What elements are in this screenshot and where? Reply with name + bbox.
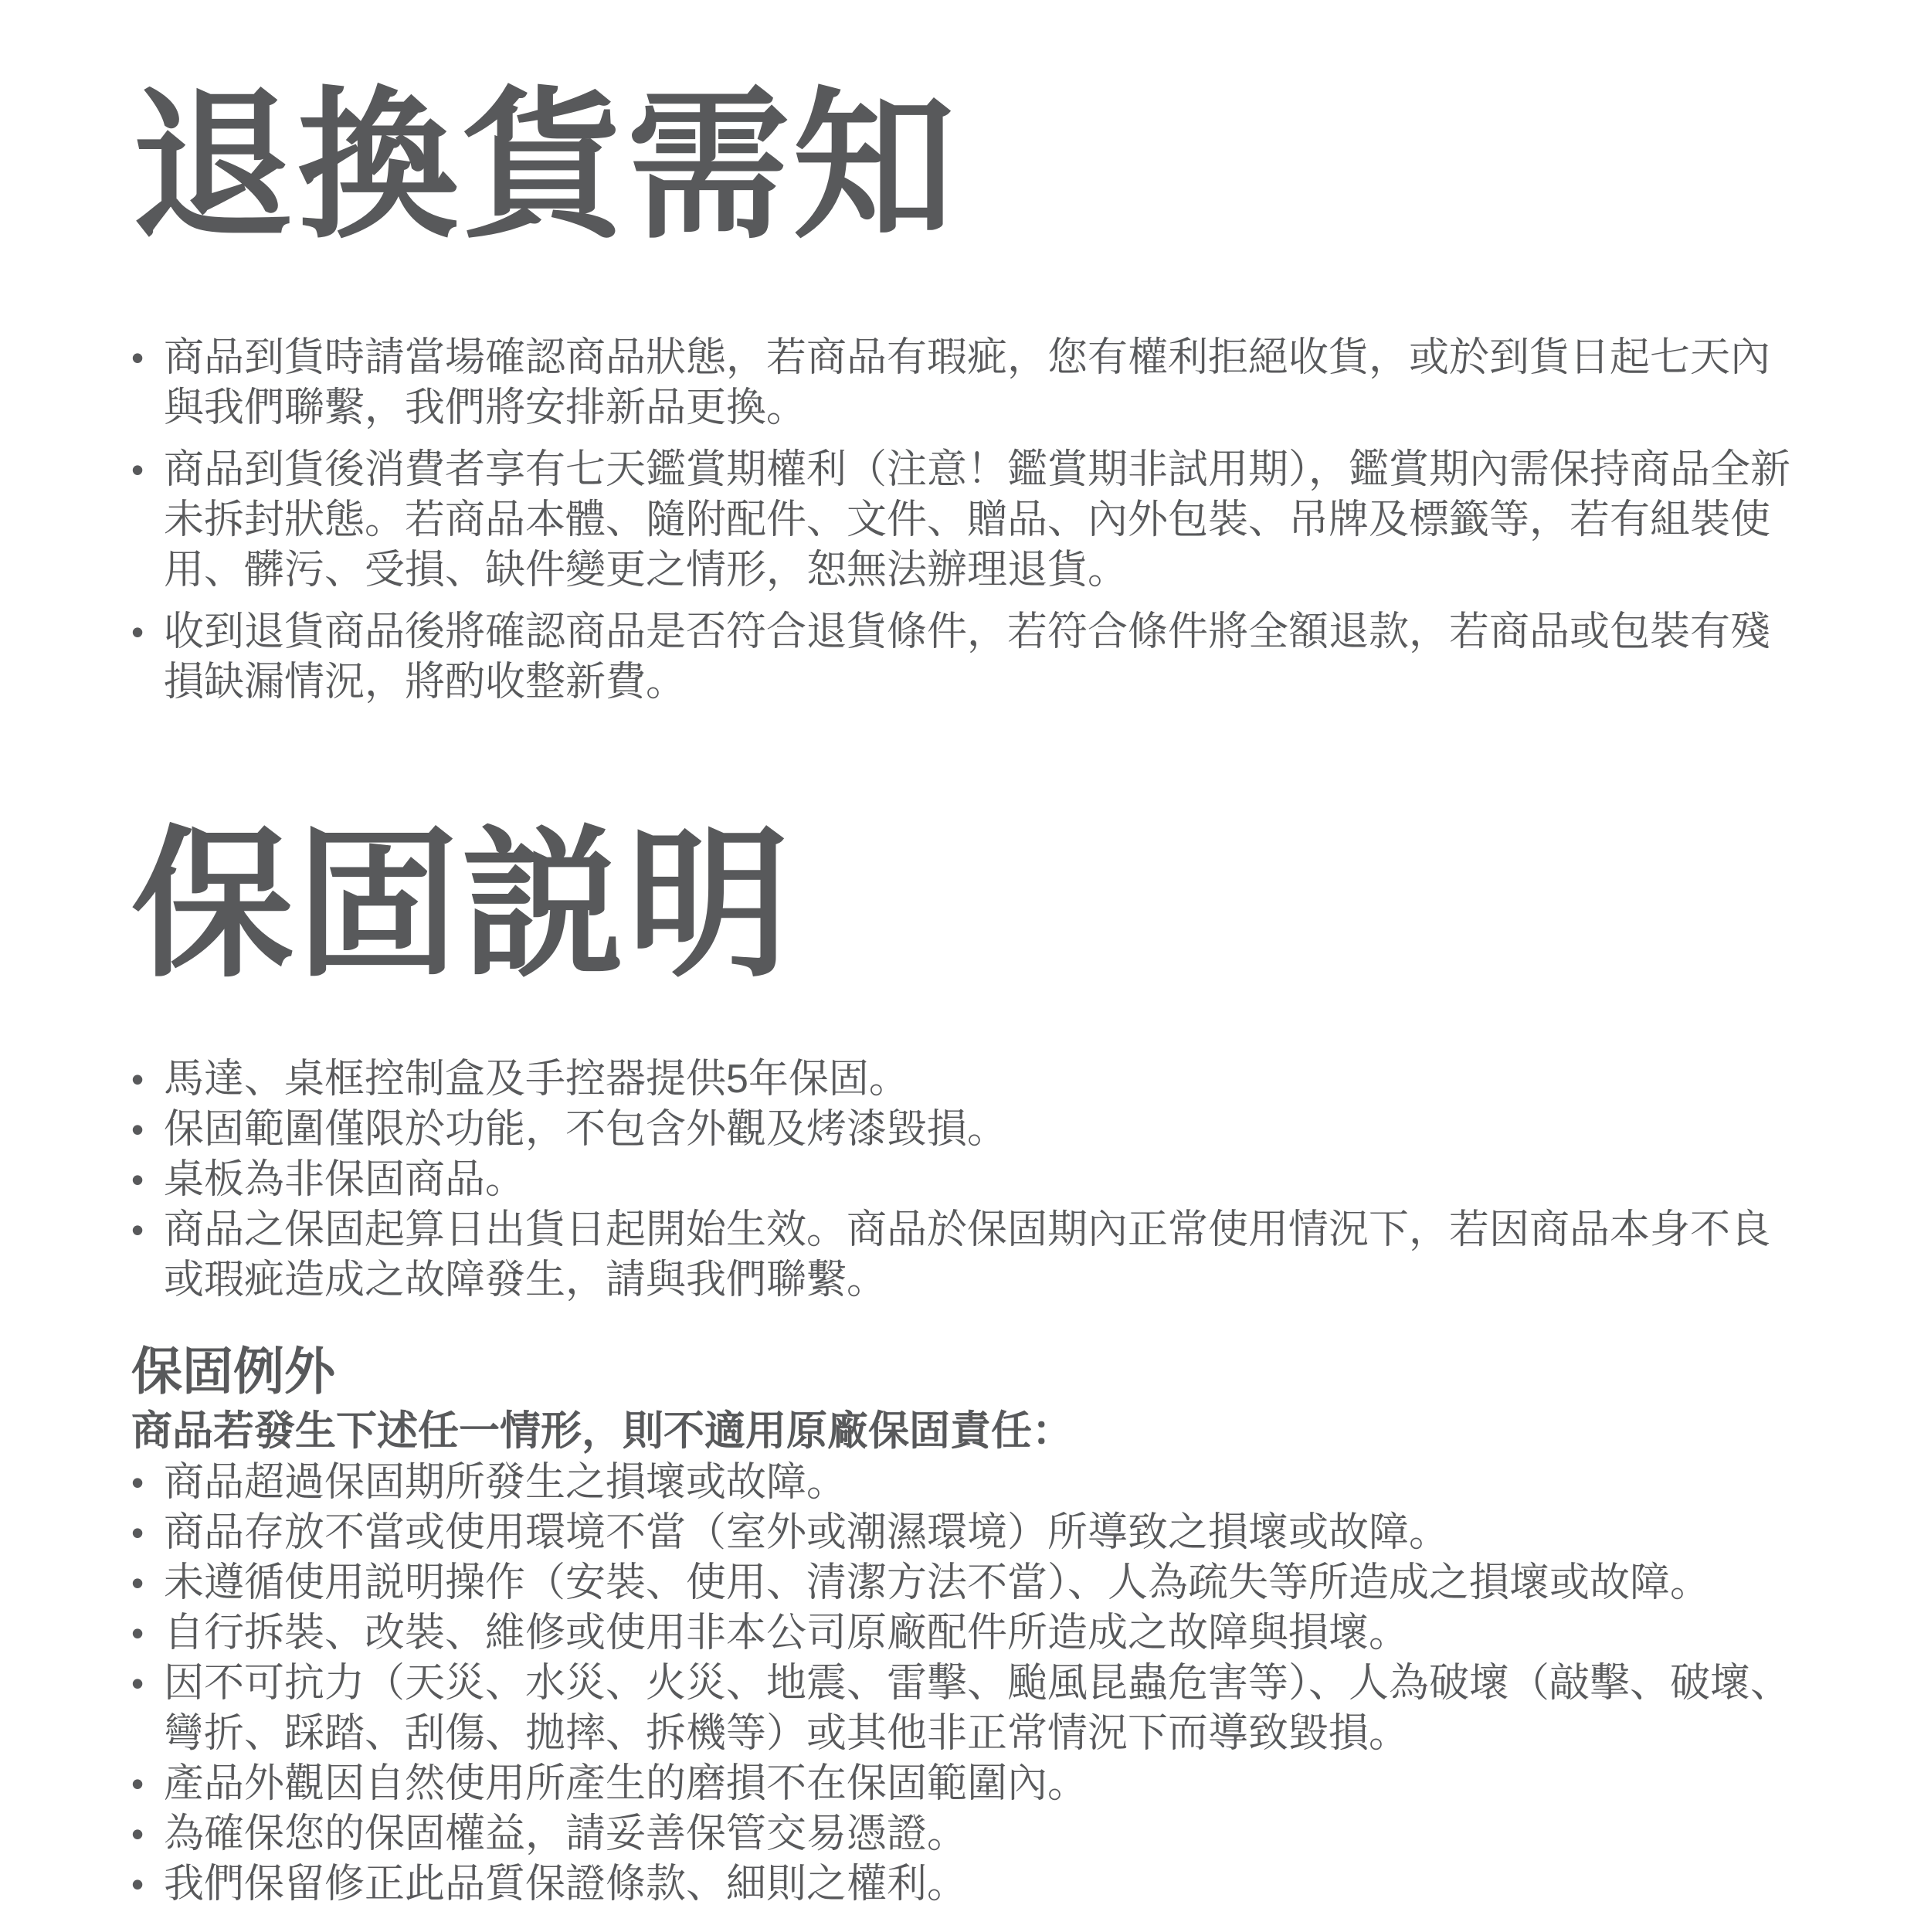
list-item: • 保固範圍僅限於功能，不包含外觀及烤漆毀損。: [131, 1105, 1807, 1155]
list-item-text: 自行拆裝、改裝、維修或使用非本公司原廠配件所造成之故障與損壞。: [164, 1611, 1409, 1655]
list-item: • 商品到貨時請當場確認商品狀態，若商品有瑕疵，您有權利拒絕收貨，或於到貨日起七…: [131, 333, 1807, 433]
bullet-icon: •: [131, 1054, 144, 1105]
list-item-text: 保固範圍僅限於功能，不包含外觀及烤漆毀損。: [164, 1107, 1007, 1152]
list-item-text: 為確保您的保固權益，請妥善保管交易憑證。: [164, 1811, 967, 1856]
bullet-icon: •: [131, 1859, 144, 1910]
return-policy-list: • 商品到貨時請當場確認商品狀態，若商品有瑕疵，您有權利拒絕收貨，或於到貨日起七…: [131, 333, 1807, 708]
list-item-text: 未遵循使用説明操作（安裝、使用、清潔方法不當）、人為疏失等所造成之損壞或故障。: [164, 1560, 1710, 1605]
policy-document: 退換貨需知 • 商品到貨時請當場確認商品狀態，若商品有瑕疵，您有權利拒絕收貨，或…: [0, 0, 1931, 1910]
list-item-text: 商品到貨時請當場確認商品狀態，若商品有瑕疵，您有權利拒絕收貨，或於到貨日起七天內…: [164, 335, 1770, 430]
list-item: • 因不可抗力（天災、水災、火災、地震、雷擊、颱風昆蟲危害等）、人為破壞（敲擊、…: [131, 1659, 1807, 1759]
bullet-icon: •: [131, 1608, 144, 1659]
warranty-exceptions-list: • 商品超過保固期所發生之損壞或故障。 • 商品存放不當或使用環境不當（室外或潮…: [131, 1458, 1807, 1910]
bullet-icon: •: [131, 1659, 144, 1709]
list-item: • 商品到貨後消費者享有七天鑑賞期權利（注意！鑑賞期非試用期），鑑賞期內需保持商…: [131, 445, 1807, 596]
bullet-icon: •: [131, 1809, 144, 1859]
warranty-exceptions-section: 保固例外 商品若發生下述任一情形，則不適用原廠保固責任： • 商品超過保固期所發…: [131, 1343, 1807, 1910]
warranty-list: • 馬達、桌框控制盒及手控器提供5年保固。 • 保固範圍僅限於功能，不包含外觀及…: [131, 1054, 1807, 1306]
list-item: • 桌板為非保固商品。: [131, 1155, 1807, 1205]
bullet-icon: •: [131, 1458, 144, 1508]
list-item-text: 商品超過保固期所發生之損壞或故障。: [164, 1460, 847, 1505]
return-policy-title: 退換貨需知: [131, 77, 1807, 256]
warranty-exceptions-heading: 保固例外: [131, 1343, 1807, 1401]
list-item: • 為確保您的保固權益，請妥善保管交易憑證。: [131, 1809, 1807, 1859]
warranty-exceptions-intro: 商品若發生下述任一情形，則不適用原廠保固責任：: [131, 1406, 1807, 1456]
list-item: • 商品之保固起算日出貨日起開始生效。商品於保固期內正常使用情況下，若因商品本身…: [131, 1205, 1807, 1306]
list-item-text: 桌板為非保固商品。: [164, 1157, 525, 1202]
bullet-icon: •: [131, 1508, 144, 1558]
bullet-icon: •: [131, 1105, 144, 1155]
list-item-text: 我們保留修正此品質保證條款、細則之權利。: [164, 1862, 967, 1907]
warranty-title: 保固説明: [131, 816, 1807, 994]
list-item: • 產品外觀因自然使用所產生的磨損不在保固範圍內。: [131, 1759, 1807, 1809]
list-item: • 我們保留修正此品質保證條款、細則之權利。: [131, 1859, 1807, 1910]
bullet-icon: •: [131, 1558, 144, 1608]
bullet-icon: •: [131, 1759, 144, 1809]
list-item-text: 因不可抗力（天災、水災、火災、地震、雷擊、颱風昆蟲危害等）、人為破壞（敲擊、破壞…: [164, 1661, 1790, 1756]
list-item-text: 馬達、桌框控制盒及手控器提供5年保固。: [164, 1057, 909, 1102]
bullet-icon: •: [131, 445, 144, 495]
bullet-icon: •: [131, 333, 144, 383]
bullet-icon: •: [131, 1205, 144, 1255]
list-item-text: 產品外觀因自然使用所產生的磨損不在保固範圍內。: [164, 1761, 1088, 1806]
list-item: • 商品存放不當或使用環境不當（室外或潮濕環境）所導致之損壞或故障。: [131, 1508, 1807, 1558]
bullet-icon: •: [131, 1155, 144, 1205]
list-item: • 商品超過保固期所發生之損壞或故障。: [131, 1458, 1807, 1508]
list-item: • 收到退貨商品後將確認商品是否符合退貨條件，若符合條件將全額退款，若商品或包裝…: [131, 607, 1807, 708]
list-item: • 未遵循使用説明操作（安裝、使用、清潔方法不當）、人為疏失等所造成之損壞或故障…: [131, 1558, 1807, 1608]
list-item-text: 收到退貨商品後將確認商品是否符合退貨條件，若符合條件將全額退款，若商品或包裝有殘…: [164, 609, 1770, 705]
list-item-text: 商品到貨後消費者享有七天鑑賞期權利（注意！鑑賞期非試用期），鑑賞期內需保持商品全…: [164, 447, 1790, 593]
list-item-text: 商品之保固起算日出貨日起開始生效。商品於保固期內正常使用情況下，若因商品本身不良…: [164, 1207, 1770, 1302]
list-item: • 馬達、桌框控制盒及手控器提供5年保固。: [131, 1054, 1807, 1105]
list-item: • 自行拆裝、改裝、維修或使用非本公司原廠配件所造成之故障與損壞。: [131, 1608, 1807, 1659]
bullet-icon: •: [131, 607, 144, 657]
list-item-text: 商品存放不當或使用環境不當（室外或潮濕環境）所導致之損壞或故障。: [164, 1510, 1449, 1555]
